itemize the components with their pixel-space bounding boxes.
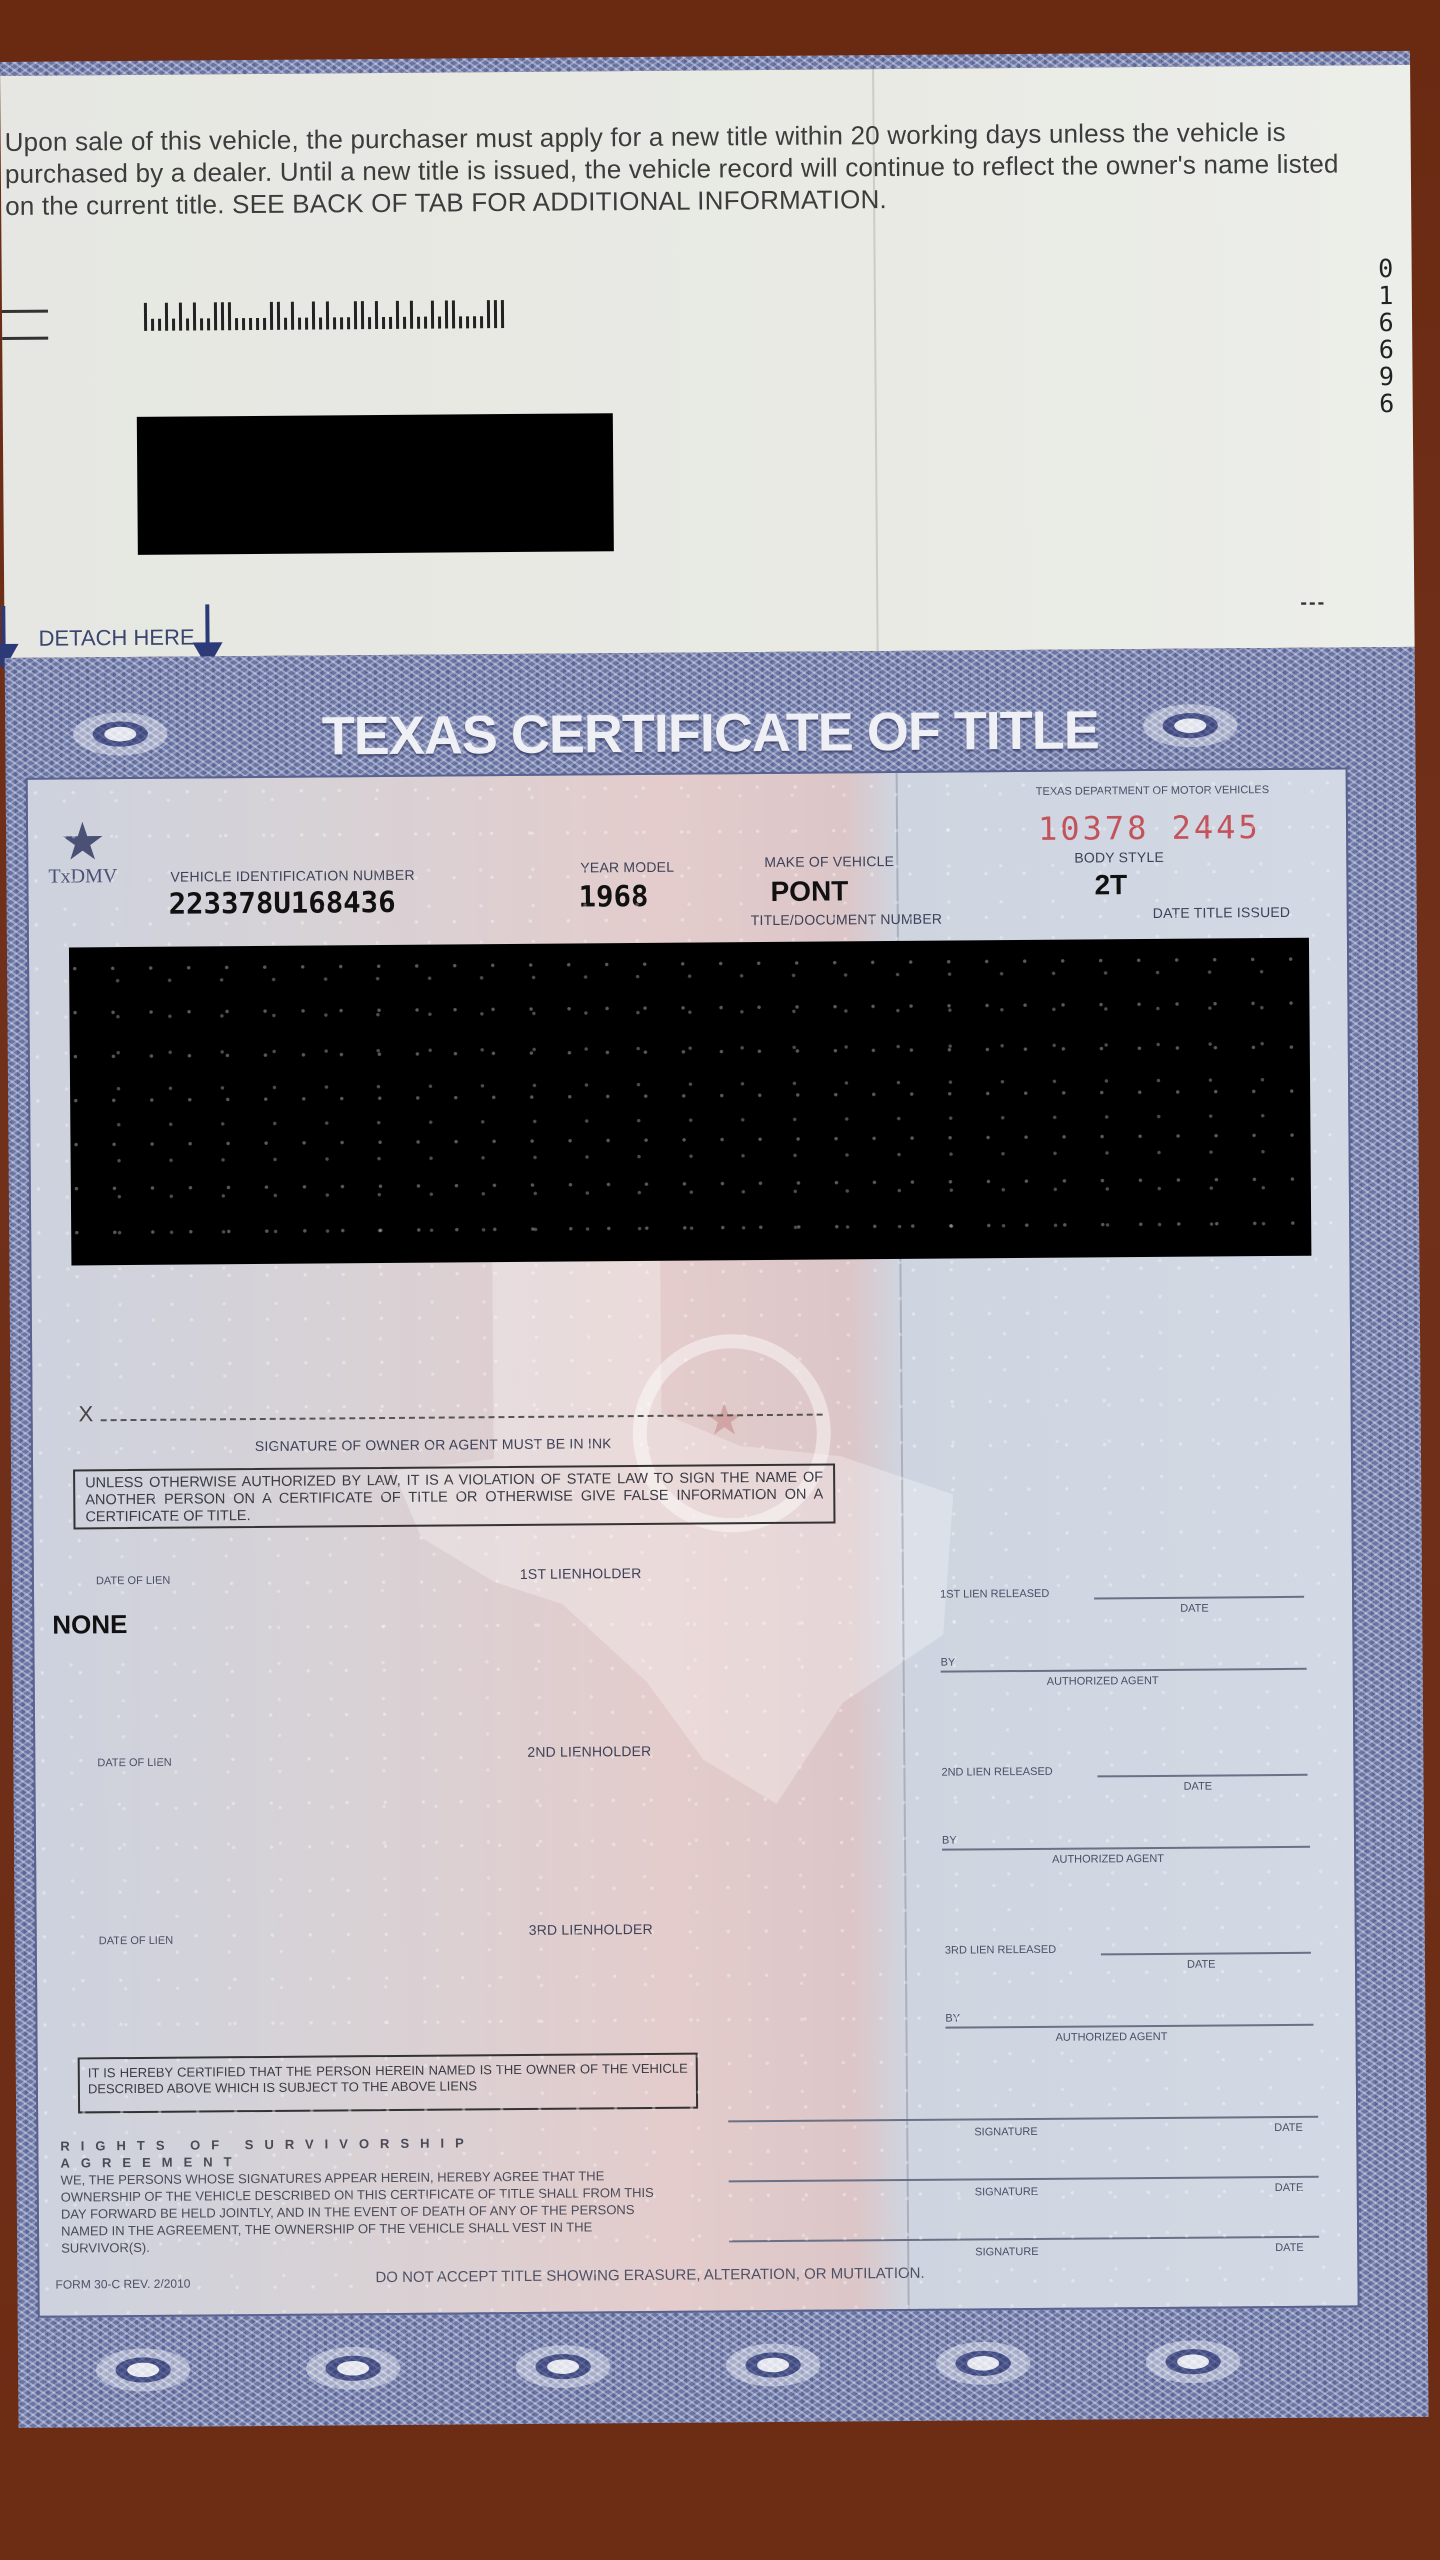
survivor-date-label: DATE (1275, 2242, 1304, 2254)
lien3-agent-sub: AUTHORIZED AGENT (1056, 2031, 1168, 2044)
postal-barcode (144, 300, 504, 331)
survivor-signature-line-1[interactable] (728, 2116, 1318, 2123)
certified-owner-box: IT IS HEREBY CERTIFIED THAT THE PERSON H… (78, 2053, 698, 2114)
star-icon: ★ (704, 1394, 744, 1445)
year-label: YEAR MODEL (580, 859, 674, 876)
vin-value: 223378U168436 (168, 885, 395, 921)
make-value: PONT (770, 875, 848, 908)
lien1-value: NONE (52, 1609, 127, 1641)
lien1-agent-sub: AUTHORIZED AGENT (1047, 1675, 1159, 1688)
lien3-release-date-line[interactable] (1101, 1952, 1311, 1956)
title-document: Upon sale of this vehicle, the purchaser… (0, 51, 1428, 2402)
rosette-ornament-icon (298, 2343, 408, 2394)
lien2-date-label: DATE OF LIEN (97, 1757, 171, 1770)
footer-warning: DO NOT ACCEPT TITLE SHOWING ERASURE, ALT… (375, 2265, 924, 2286)
survivor-signature-line-2[interactable] (729, 2176, 1319, 2183)
detachable-tab: Upon sale of this vehicle, the purchaser… (0, 65, 1415, 658)
lien3-date-sub: DATE (1187, 1959, 1216, 1971)
security-border-bottom (18, 2303, 1429, 2428)
lien2-released-label: 2ND LIEN RELEASED (941, 1766, 1052, 1779)
tab-dashes: --- (1300, 592, 1326, 615)
certificate-body: ★ ★ TxDMV TEXAS DEPARTMENT OF MOTOR VEHI… (26, 767, 1360, 2317)
lien3-holder-label: 3RD LIENHOLDER (529, 1921, 653, 1938)
lien3-released-label: 3RD LIEN RELEASED (945, 1944, 1056, 1957)
lien2-agent-line[interactable] (942, 1846, 1310, 1851)
rosette-ornament-icon (88, 2345, 198, 2396)
date-issued-label: DATE TITLE ISSUED (1153, 904, 1291, 921)
lien1-date-label: DATE OF LIEN (96, 1575, 170, 1588)
survivor-signature-line-3[interactable] (729, 2236, 1319, 2243)
survivorship-heading: RIGHTS OF SURVIVORSHIP AGREEMENT (60, 2133, 660, 2172)
lien2-date-sub: DATE (1184, 1781, 1213, 1793)
logo-text: TxDMV (48, 865, 117, 889)
body-style-value: 2T (1094, 869, 1127, 901)
txdmv-star-icon: ★ (48, 819, 117, 866)
lien1-agent-line[interactable] (941, 1668, 1307, 1673)
redacted-address (137, 413, 614, 555)
survivorship-body: WE, THE PERSONS WHOSE SIGNATURES APPEAR … (61, 2167, 662, 2257)
agency-name: TEXAS DEPARTMENT OF MOTOR VEHICLES (1036, 784, 1269, 798)
rosette-ornament-icon (928, 2338, 1038, 2389)
certificate-of-title: TEXAS CERTIFICATE OF TITLE ★ ★ TxDMV TEX… (5, 647, 1429, 2428)
body-style-label: BODY STYLE (1074, 849, 1164, 866)
lien2-release-date-line[interactable] (1097, 1774, 1307, 1778)
rosette-ornament-icon (508, 2341, 618, 2392)
txdmv-logo: ★ TxDMV (48, 819, 117, 889)
lien1-release-date-line[interactable] (1094, 1596, 1304, 1600)
rosette-ornament-icon (1138, 2336, 1248, 2387)
lien2-by-label: BY (942, 1835, 957, 1847)
signature-label: SIGNATURE OF OWNER OR AGENT MUST BE IN I… (255, 1435, 612, 1454)
make-label: MAKE OF VEHICLE (764, 853, 894, 870)
vin-label: VEHICLE IDENTIFICATION NUMBER (170, 867, 414, 885)
survivor-signature-label: SIGNATURE (974, 2126, 1037, 2138)
sale-notice: Upon sale of this vehicle, the purchaser… (5, 115, 1346, 222)
lien3-agent-line[interactable] (945, 2024, 1313, 2029)
survivor-signature-label: SIGNATURE (975, 2186, 1038, 2198)
title-number-label: TITLE/DOCUMENT NUMBER (751, 911, 943, 929)
lien2-agent-sub: AUTHORIZED AGENT (1052, 1853, 1164, 1866)
survivor-date-label: DATE (1274, 2122, 1303, 2134)
year-value: 1968 (578, 879, 648, 914)
lien1-date-sub: DATE (1180, 1603, 1209, 1615)
detach-label: DETACH HERE (38, 624, 194, 651)
registration-marks (2, 310, 48, 364)
false-info-warning-box: UNLESS OTHERWISE AUTHORIZED BY LAW, IT I… (73, 1463, 835, 1529)
form-number: FORM 30-C REV. 2/2010 (55, 2277, 190, 2292)
signature-x-mark: X (79, 1401, 94, 1427)
lien1-released-label: 1ST LIEN RELEASED (940, 1588, 1049, 1601)
survivor-signature-label: SIGNATURE (975, 2246, 1038, 2258)
lien3-by-label: BY (945, 2013, 960, 2025)
rosette-ornament-icon (718, 2340, 828, 2391)
certificate-title: TEXAS CERTIFICATE OF TITLE (5, 697, 1415, 770)
lien1-holder-label: 1ST LIENHOLDER (520, 1565, 642, 1582)
lien2-holder-label: 2ND LIENHOLDER (527, 1743, 651, 1760)
tab-serial-number: 016696 (1374, 255, 1399, 417)
survivor-date-label: DATE (1275, 2182, 1304, 2194)
document-control-number: 10378 2445 (1038, 808, 1261, 848)
survivorship-agreement: RIGHTS OF SURVIVORSHIP AGREEMENT WE, THE… (60, 2133, 661, 2257)
lien1-by-label: BY (941, 1657, 956, 1669)
lien3-date-label: DATE OF LIEN (99, 1935, 173, 1948)
redacted-owner-block (69, 938, 1311, 1266)
